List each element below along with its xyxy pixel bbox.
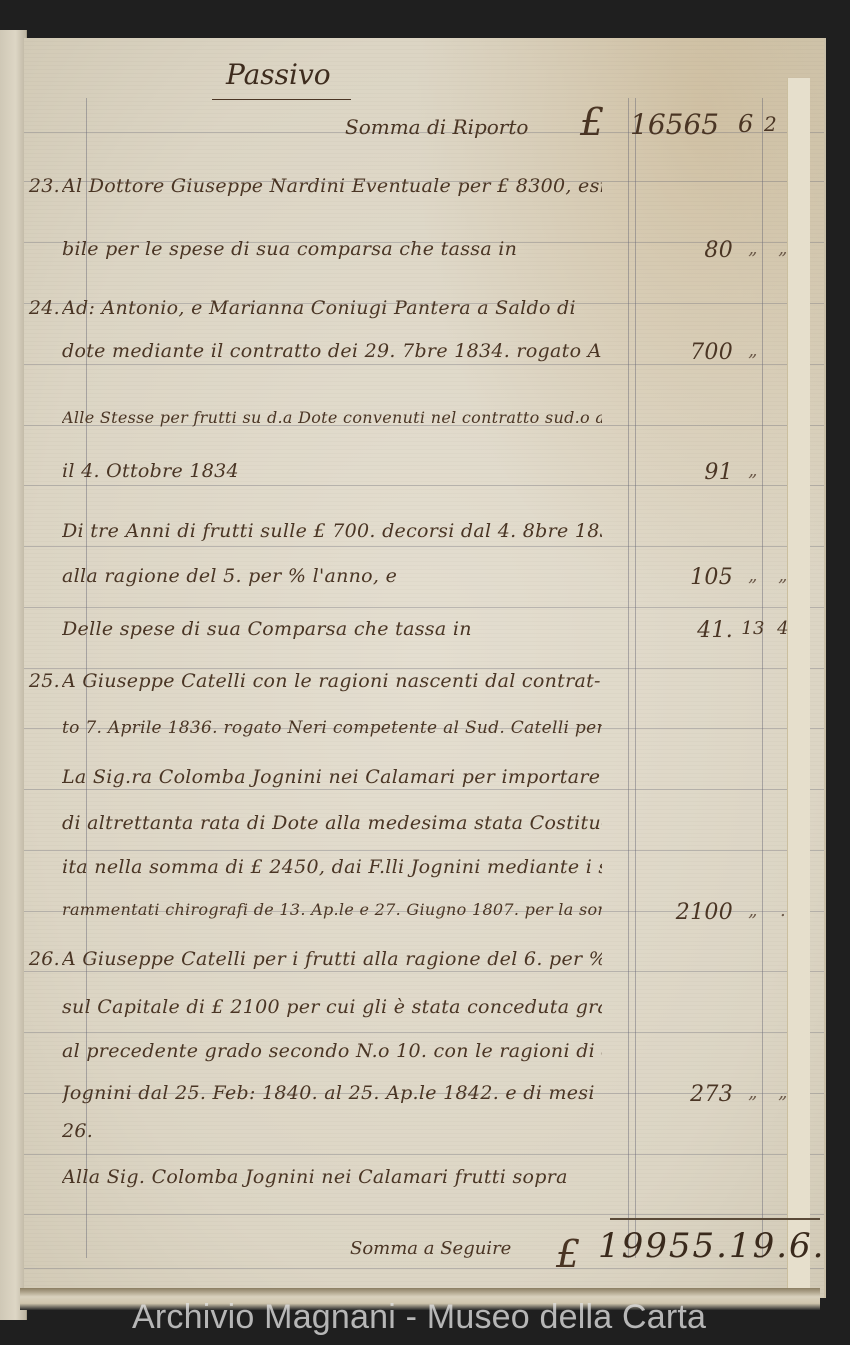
soldi-amount: 13: [740, 618, 766, 639]
entry-text: Alle Stesse per frutti su d.a Dote conve…: [62, 408, 602, 427]
ledger-line: dote mediante il contratto dei 29. 7bre …: [0, 340, 850, 376]
lire-amount: 700: [625, 340, 733, 365]
entry-text: A Giuseppe Catelli per i frutti alla rag…: [62, 948, 602, 970]
ledger-line: 26.: [0, 1120, 850, 1156]
entry-text: Al Dottore Giuseppe Nardini Eventuale pe…: [62, 175, 602, 197]
total-soldi: 19.: [729, 1226, 789, 1266]
ledger-line: Di tre Anni di frutti sulle £ 700. decor…: [0, 520, 850, 556]
denari-amount: „: [770, 1082, 796, 1103]
soldi-amount: „: [740, 340, 766, 361]
entry-text: sul Capitale di £ 2100 per cui gli è sta…: [62, 996, 602, 1018]
carry-forward-label: Somma di Riporto: [345, 115, 528, 139]
ruling-line: [24, 607, 824, 608]
section-title: Passivo: [212, 58, 351, 100]
ledger-line: sul Capitale di £ 2100 per cui gli è sta…: [0, 996, 850, 1032]
archive-watermark: Archivio Magnani - Museo della Carta: [132, 1298, 706, 1337]
lira-symbol: £: [580, 100, 604, 144]
ledger-line: al precedente grado secondo N.o 10. con …: [0, 1040, 850, 1076]
ledger-line: di altrettanta rata di Dote alla medesim…: [0, 812, 850, 848]
total-rule: [610, 1218, 820, 1220]
entry-text: rammentati chirografi de 13. Ap.le e 27.…: [62, 900, 602, 919]
entry-text: Ad: Antonio, e Marianna Coniugi Pantera …: [62, 297, 602, 319]
entry-text: Alla Sig. Colomba Jognini nei Calamari f…: [62, 1166, 602, 1188]
denari-amount: „: [770, 238, 796, 259]
entry-text: Jognini dal 25. Feb: 1840. al 25. Ap.le …: [62, 1082, 602, 1104]
entry-text: alla ragione del 5. per % l'anno, e: [62, 565, 602, 587]
entry-number: 23.: [0, 175, 60, 197]
ruling-line: [24, 1268, 824, 1269]
entry-text: bile per le spese di sua comparsa che ta…: [62, 238, 602, 260]
ledger-line: Jognini dal 25. Feb: 1840. al 25. Ap.le …: [0, 1082, 850, 1118]
entry-number: 25.: [0, 670, 60, 692]
total-lire: 19955.: [598, 1226, 729, 1266]
ledger-line: alla ragione del 5. per % l'anno, e 105 …: [0, 565, 850, 601]
ledger-line: 26. A Giuseppe Catelli per i frutti alla…: [0, 948, 850, 984]
denari-amount: 4: [770, 618, 796, 639]
ledger-line: 24. Ad: Antonio, e Marianna Coniugi Pant…: [0, 297, 850, 333]
entry-text: Delle spese di sua Comparsa che tassa in: [62, 618, 602, 640]
ledger-line: 25. A Giuseppe Catelli con le ragioni na…: [0, 670, 850, 706]
soldi-amount: „: [740, 238, 766, 259]
ledger-line: Delle spese di sua Comparsa che tassa in…: [0, 618, 850, 654]
soldi-amount: „: [740, 565, 766, 586]
soldi-amount: „: [740, 1082, 766, 1103]
entry-text: A Giuseppe Catelli con le ragioni nascen…: [62, 670, 602, 692]
carry-forward-denari: 2: [764, 112, 777, 136]
ledger-line: La Sig.ra Colomba Jognini nei Calamari p…: [0, 766, 850, 802]
soldi-amount: „: [740, 460, 766, 481]
entry-number: 24.: [0, 297, 60, 319]
carry-forward-lire: 16565: [630, 108, 719, 141]
ruling-line: [24, 668, 824, 669]
lire-amount: 91: [625, 460, 733, 485]
lira-symbol: £: [556, 1232, 580, 1276]
denari-amount: .: [770, 900, 796, 921]
lire-amount: 41.: [625, 618, 733, 643]
entry-text: Di tre Anni di frutti sulle £ 700. decor…: [62, 520, 602, 542]
entry-text: La Sig.ra Colomba Jognini nei Calamari p…: [62, 766, 602, 788]
entry-text: al precedente grado secondo N.o 10. con …: [62, 1040, 602, 1062]
ledger-line: Alle Stesse per frutti su d.a Dote conve…: [0, 408, 850, 444]
ledger-line: rammentati chirografi de 13. Ap.le e 27.…: [0, 900, 850, 936]
entry-text: dote mediante il contratto dei 29. 7bre …: [62, 340, 602, 362]
entry-text: to 7. Aprile 1836. rogato Neri competent…: [62, 718, 602, 738]
lire-amount: 80: [625, 238, 733, 263]
entry-text: 26.: [62, 1120, 602, 1142]
total-denari: 6.: [789, 1226, 825, 1266]
lire-amount: 105: [625, 565, 733, 590]
ledger-line: Alla Sig. Colomba Jognini nei Calamari f…: [0, 1166, 850, 1202]
entry-text: ita nella somma di £ 2450, dai F.lli Jog…: [62, 856, 602, 878]
ledger-line: bile per le spese di sua comparsa che ta…: [0, 238, 850, 274]
denari-amount: „: [770, 565, 796, 586]
lire-amount: 273: [625, 1082, 733, 1107]
carry-forward-soldi: 6: [738, 110, 753, 138]
total-amount: 19955.19.6.: [598, 1226, 826, 1266]
entry-text: di altrettanta rata di Dote alla medesim…: [62, 812, 602, 834]
soldi-amount: „: [740, 900, 766, 921]
total-label: Somma a Seguire: [350, 1238, 511, 1259]
entry-text: il 4. Ottobre 1834: [62, 460, 602, 482]
ruling-line: [24, 1214, 824, 1215]
ruling-line: [24, 850, 824, 851]
ledger-line: il 4. Ottobre 1834 91 „: [0, 460, 850, 496]
entry-number: 26.: [0, 948, 60, 970]
ledger-line: to 7. Aprile 1836. rogato Neri competent…: [0, 718, 850, 754]
ledger-line: 23. Al Dottore Giuseppe Nardini Eventual…: [0, 175, 850, 211]
lire-amount: 2100: [625, 900, 733, 925]
ruling-line: [24, 1032, 824, 1033]
ledger-line: ita nella somma di £ 2450, dai F.lli Jog…: [0, 856, 850, 892]
